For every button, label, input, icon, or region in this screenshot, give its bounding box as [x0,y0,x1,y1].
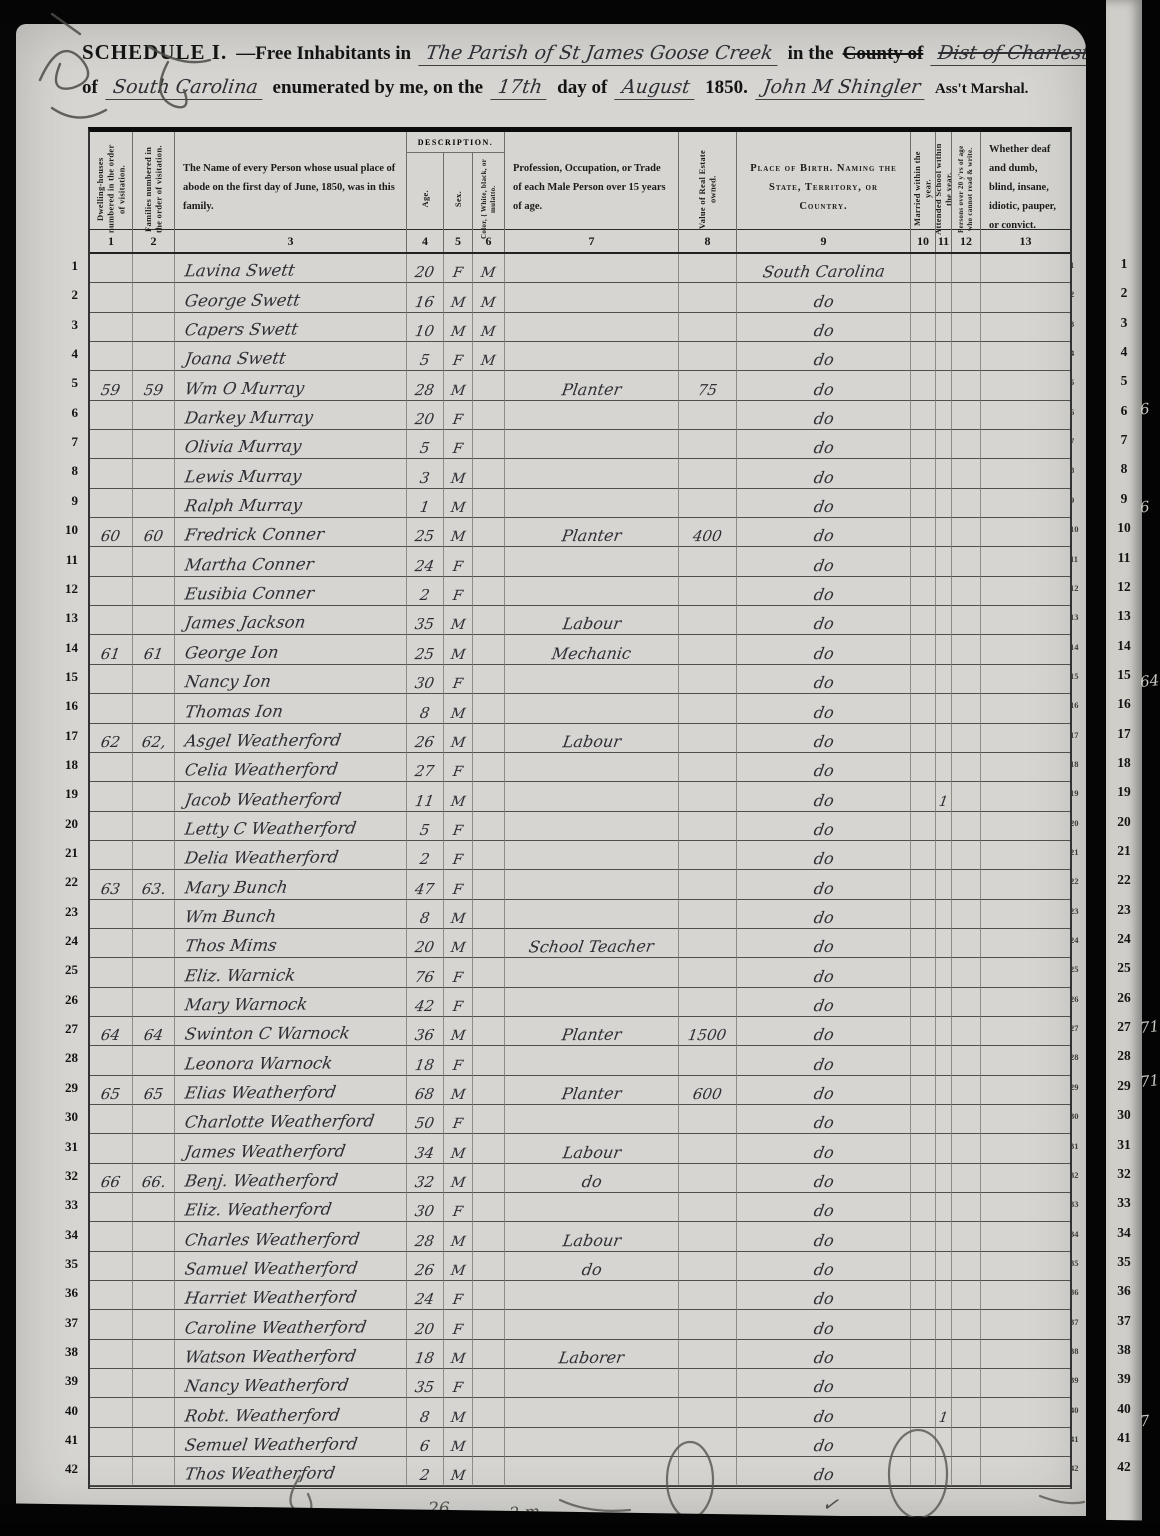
row-14-sex-value: M [450,647,467,663]
row-21-color-cell [473,841,505,870]
row-19-sex-value: M [450,793,467,809]
row-37-birthplace-cell: do [737,1310,911,1339]
sliver-row-number-36: 36 [1106,1283,1142,1299]
row-11-sex-value: F [452,559,464,575]
row-21-age-cell: 2 [407,841,444,870]
row-36-occupation-cell [505,1281,679,1310]
row-18-sex-value: F [452,764,464,780]
row-37-name-value: Caroline Weatherford [183,1317,367,1338]
row-33-read-cell [952,1193,981,1222]
row-21-name-cell: Delia Weatherford [175,841,407,870]
row-10-dwelling-cell: 60 [90,518,133,547]
row-9-color-cell [473,489,505,518]
row-34-age-cell: 28 [407,1222,444,1251]
row-8-age-value: 3 [419,469,431,487]
row-35-color-cell [473,1252,505,1281]
row-35-value-cell [679,1252,737,1281]
row-8-value-cell [679,459,737,488]
marshal-title-label: Ass't Marshal. [935,81,1028,98]
row-10-remarks-cell [981,518,1070,547]
row-11-remarks-cell [981,547,1070,576]
left-row-number-21: 21 [48,845,78,861]
row-16-value-cell [679,694,737,723]
row-27-name-value: Swinton C Warnock [183,1024,351,1045]
small-row-number-37: 37 [1070,1317,1086,1327]
row-7-married-cell [911,430,936,459]
row-39-dwelling-cell [90,1369,133,1398]
row-29-read-cell [952,1076,981,1105]
row-27-school-cell [936,1017,952,1046]
sliver-row-number-20: 20 [1106,814,1142,830]
column-header-3: The Name of every Person whose usual pla… [175,132,407,245]
row-37-sex-cell: F [444,1310,473,1339]
row-8-birthplace-cell: do [737,459,911,488]
row-7-birthplace-cell: do [737,430,911,459]
row-38-sex-value: M [450,1351,467,1367]
row-6-school-cell [936,401,952,430]
row-3-married-cell [911,313,936,342]
row-5-family-value: 59 [143,381,165,399]
row-15-name-value: Nancy Ion [183,672,272,693]
small-row-number-36: 36 [1070,1287,1086,1297]
row-39-name-value: Nancy Weatherford [183,1376,350,1397]
row-34-birthplace-value: do [812,1231,835,1250]
row-1-birthplace-value: South Carolina [761,262,886,282]
row-13-birthplace-value: do [812,614,835,633]
row-30-occupation-cell [505,1105,679,1134]
row-22-value-cell [679,870,737,899]
row-12-family-cell [133,577,175,606]
row-18-dwelling-cell [90,753,133,782]
row-30-birthplace-cell: do [737,1105,911,1134]
row-31-read-cell [952,1134,981,1163]
row-4-occupation-cell [505,342,679,371]
row-28-value-cell [679,1046,737,1075]
row-38-name-cell: Watson Weatherford [175,1340,407,1369]
row-3-occupation-cell [505,313,679,342]
row-11-age-value: 24 [414,557,436,575]
row-39-birthplace-cell: do [737,1369,911,1398]
row-9-name-value: Ralph Murray [183,496,303,517]
row-19-age-cell: 11 [407,782,444,811]
row-39-sex-cell: F [444,1369,473,1398]
row-30-dwelling-cell [90,1105,133,1134]
row-19-value-cell [679,782,737,811]
row-14-value-cell [679,635,737,664]
row-6-remarks-cell [981,401,1070,430]
row-29-name-cell: Elias Weatherford [175,1076,407,1105]
row-10-family-cell: 60 [133,518,175,547]
row-30-school-cell [936,1105,952,1134]
row-24-sex-cell: M [444,929,473,958]
row-39-occupation-cell [505,1369,679,1398]
row-21-dwelling-cell [90,841,133,870]
sliver-row-number-23: 23 [1106,902,1142,918]
row-32-family-cell: 66. [133,1164,175,1193]
row-37-read-cell [952,1310,981,1339]
sliver-row-number-34: 34 [1106,1225,1142,1241]
row-41-age-cell: 6 [407,1428,444,1457]
row-7-sex-value: F [452,441,464,457]
row-14-school-cell [936,635,952,664]
small-row-number-28: 28 [1070,1052,1086,1062]
row-7-school-cell [936,430,952,459]
row-10-sex-cell: M [444,518,473,547]
left-row-number-35: 35 [48,1256,78,1272]
row-24-age-cell: 20 [407,929,444,958]
left-row-number-1: 1 [48,258,78,274]
row-10-name-value: Fredrick Conner [183,525,325,546]
small-row-number-27: 27 [1070,1023,1086,1033]
row-5-sex-value: M [450,383,467,399]
row-4-dwelling-cell [90,342,133,371]
row-11-read-cell [952,547,981,576]
row-24-remarks-cell [981,929,1070,958]
scan-border-bottom [0,1524,1160,1536]
left-row-number-8: 8 [48,463,78,479]
small-row-number-3: 3 [1070,319,1086,329]
row-25-occupation-cell [505,958,679,987]
left-row-number-28: 28 [48,1050,78,1066]
row-1-age-value: 20 [414,263,436,281]
row-24-occupation-cell: School Teacher [505,929,679,958]
row-6-sex-value: F [452,412,464,428]
row-26-read-cell [952,988,981,1017]
row-22-remarks-cell [981,870,1070,899]
row-40-sex-cell: M [444,1398,473,1427]
row-26-value-cell [679,988,737,1017]
row-20-sex-value: F [452,823,464,839]
row-18-age-value: 27 [414,762,436,780]
row-14-read-cell [952,635,981,664]
row-40-age-cell: 8 [407,1398,444,1427]
row-21-age-value: 2 [419,850,431,868]
row-20-birthplace-value: do [812,820,835,839]
row-5-birthplace-value: do [812,380,835,399]
row-7-age-value: 5 [419,439,431,457]
row-7-sex-cell: F [444,430,473,459]
row-42-read-cell [952,1457,981,1486]
row-15-occupation-cell [505,665,679,694]
row-5-married-cell [911,371,936,400]
row-33-color-cell [473,1193,505,1222]
small-row-number-7: 7 [1070,436,1086,446]
row-39-school-cell [936,1369,952,1398]
left-row-number-33: 33 [48,1197,78,1213]
row-40-school-value: 1 [938,1410,949,1426]
of-label: of [82,77,98,99]
row-19-family-cell [133,782,175,811]
row-34-name-value: Charles Weatherford [183,1229,361,1250]
row-3-value-cell [679,313,737,342]
row-14-family-cell: 61 [133,635,175,664]
row-12-age-cell: 2 [407,577,444,606]
row-2-value-cell [679,283,737,312]
row-39-name-cell: Nancy Weatherford [175,1369,407,1398]
left-row-number-22: 22 [48,874,78,890]
row-38-occupation-value: Laborer [558,1348,626,1367]
row-8-color-cell [473,459,505,488]
row-29-value-cell: 600 [679,1076,737,1105]
row-35-name-value: Samuel Weatherford [183,1258,359,1279]
row-24-family-cell [133,929,175,958]
row-22-married-cell [911,870,936,899]
row-41-school-cell [936,1428,952,1457]
column-header-label-10: Married within the year. [912,143,933,235]
row-41-name-value: Semuel Weatherford [183,1434,358,1455]
row-10-sex-value: M [450,529,467,545]
row-4-color-value: M [480,353,497,369]
row-40-name-cell: Robt. Weatherford [175,1398,407,1427]
small-row-number-4: 4 [1070,348,1086,358]
row-32-name-value: Benj. Weatherford [183,1170,339,1191]
row-38-name-value: Watson Weatherford [183,1346,357,1367]
left-row-number-25: 25 [48,962,78,978]
row-35-age-cell: 26 [407,1252,444,1281]
row-16-birthplace-cell: do [737,694,911,723]
next-page-sliver: 1234567891011121314151617181920212223242… [1106,0,1142,1536]
edge-mark-4: 71 [1139,1017,1160,1037]
row-24-sex-value: M [450,940,467,956]
small-row-number-33: 33 [1070,1199,1086,1209]
row-36-school-cell [936,1281,952,1310]
row-23-birthplace-cell: do [737,900,911,929]
table-body: Lavina Swett20FMSouth CarolinaGeorge Swe… [90,254,1070,1489]
sliver-row-number-3: 3 [1106,315,1142,331]
small-row-number-25: 25 [1070,964,1086,974]
row-8-family-cell [133,459,175,488]
row-28-sex-value: F [452,1058,464,1074]
row-42-name-cell: Thos Weatherford [175,1457,407,1486]
small-row-number-19: 19 [1070,788,1086,798]
row-14-married-cell [911,635,936,664]
row-38-age-value: 18 [414,1349,436,1367]
row-40-name-value: Robt. Weatherford [183,1405,341,1426]
row-27-value-value: 1500 [687,1026,728,1044]
row-13-sex-cell: M [444,606,473,635]
row-28-birthplace-value: do [812,1055,835,1074]
row-2-read-cell [952,283,981,312]
schedule-label: SCHEDULE I. [82,40,227,65]
row-17-name-value: Asgel Weatherford [183,730,342,751]
row-5-read-cell [952,371,981,400]
row-38-read-cell [952,1340,981,1369]
row-20-name-value: Letty C Weatherford [183,818,357,839]
row-10-age-cell: 25 [407,518,444,547]
row-15-name-cell: Nancy Ion [175,665,407,694]
sliver-row-number-1: 1 [1106,256,1142,272]
row-28-birthplace-cell: do [737,1046,911,1075]
left-row-number-37: 37 [48,1315,78,1331]
column-header-label-5: Sex. [453,191,464,207]
month-handwritten: August [615,76,698,100]
left-row-number-42: 42 [48,1461,78,1477]
row-28-age-value: 18 [414,1056,436,1074]
row-22-age-cell: 47 [407,870,444,899]
row-18-birthplace-cell: do [737,753,911,782]
edge-mark-1: 6 [1139,400,1150,419]
row-19-read-cell [952,782,981,811]
row-41-birthplace-cell: do [737,1428,911,1457]
row-36-age-cell: 24 [407,1281,444,1310]
row-11-birthplace-value: do [812,556,835,575]
row-5-occupation-cell: Planter [505,371,679,400]
small-row-number-15: 15 [1070,671,1086,681]
row-31-sex-value: M [450,1146,467,1162]
row-16-name-cell: Thomas Ion [175,694,407,723]
row-23-family-cell [133,900,175,929]
row-33-married-cell [911,1193,936,1222]
row-42-occupation-cell [505,1457,679,1486]
row-11-age-cell: 24 [407,547,444,576]
row-16-age-value: 8 [419,703,431,721]
row-20-birthplace-cell: do [737,812,911,841]
row-21-remarks-cell [981,841,1070,870]
row-17-birthplace-value: do [812,732,835,751]
row-13-married-cell [911,606,936,635]
row-29-color-cell [473,1076,505,1105]
row-35-age-value: 26 [414,1261,436,1279]
row-39-married-cell [911,1369,936,1398]
left-row-number-16: 16 [48,698,78,714]
row-25-color-cell [473,958,505,987]
row-19-name-value: Jacob Weatherford [183,789,342,810]
small-row-number-35: 35 [1070,1258,1086,1268]
small-row-number-42: 42 [1070,1463,1086,1473]
row-14-color-cell [473,635,505,664]
row-35-sex-value: M [450,1263,467,1279]
sliver-row-number-11: 11 [1106,550,1142,566]
row-2-remarks-cell [981,283,1070,312]
row-30-remarks-cell [981,1105,1070,1134]
row-27-remarks-cell [981,1017,1070,1046]
row-9-remarks-cell [981,489,1070,518]
left-row-number-15: 15 [48,669,78,685]
row-2-age-value: 16 [414,293,436,311]
sliver-row-number-18: 18 [1106,755,1142,771]
row-39-color-cell [473,1369,505,1398]
row-31-occupation-cell: Labour [505,1134,679,1163]
row-29-dwelling-value: 65 [100,1085,122,1103]
row-6-dwelling-cell [90,401,133,430]
row-35-dwelling-cell [90,1252,133,1281]
row-32-married-cell [911,1164,936,1193]
row-41-name-cell: Semuel Weatherford [175,1428,407,1457]
row-42-birthplace-cell: do [737,1457,911,1486]
row-30-married-cell [911,1105,936,1134]
row-8-remarks-cell [981,459,1070,488]
row-27-color-cell [473,1017,505,1046]
left-row-number-39: 39 [48,1373,78,1389]
row-38-school-cell [936,1340,952,1369]
row-41-sex-cell: M [444,1428,473,1457]
row-28-remarks-cell [981,1046,1070,1075]
row-37-name-cell: Caroline Weatherford [175,1310,407,1339]
row-30-family-cell [133,1105,175,1134]
row-26-birthplace-cell: do [737,988,911,1017]
row-35-school-cell [936,1252,952,1281]
row-32-occupation-value: do [580,1172,603,1191]
row-34-name-cell: Charles Weatherford [175,1222,407,1251]
row-35-occupation-cell: do [505,1252,679,1281]
row-38-sex-cell: M [444,1340,473,1369]
row-3-name-value: Capers Swett [183,320,299,341]
row-36-value-cell [679,1281,737,1310]
row-25-dwelling-cell [90,958,133,987]
row-25-sex-cell: F [444,958,473,987]
sliver-row-number-17: 17 [1106,726,1142,742]
row-32-read-cell [952,1164,981,1193]
row-10-dwelling-value: 60 [100,527,122,545]
row-29-birthplace-cell: do [737,1076,911,1105]
row-14-name-value: George Ion [183,642,280,663]
row-7-age-cell: 5 [407,430,444,459]
row-12-married-cell [911,577,936,606]
row-28-age-cell: 18 [407,1046,444,1075]
column-number-3: 3 [175,230,407,252]
sliver-row-number-10: 10 [1106,520,1142,536]
small-row-number-14: 14 [1070,642,1086,652]
row-23-read-cell [952,900,981,929]
row-35-sex-cell: M [444,1252,473,1281]
row-21-value-cell [679,841,737,870]
row-25-birthplace-cell: do [737,958,911,987]
row-22-school-cell [936,870,952,899]
row-17-occupation-cell: Labour [505,724,679,753]
left-row-number-17: 17 [48,728,78,744]
row-15-age-value: 30 [414,674,436,692]
pencil-checkmark: ✓ [820,1491,840,1517]
row-24-school-cell [936,929,952,958]
row-15-married-cell [911,665,936,694]
row-20-name-cell: Letty C Weatherford [175,812,407,841]
row-30-name-value: Charlotte Weatherford [183,1112,375,1133]
small-row-number-8: 8 [1070,465,1086,475]
row-3-birthplace-value: do [812,321,835,340]
row-31-sex-cell: M [444,1134,473,1163]
row-24-color-cell [473,929,505,958]
row-13-age-cell: 35 [407,606,444,635]
free-inhabitants-label: —Free Inhabitants in [236,43,411,65]
row-12-sex-cell: F [444,577,473,606]
row-22-color-cell [473,870,505,899]
row-28-name-value: Leonora Warnock [183,1053,333,1074]
left-row-number-13: 13 [48,610,78,626]
row-5-value-cell: 75 [679,371,737,400]
row-17-remarks-cell [981,724,1070,753]
row-5-birthplace-cell: do [737,371,911,400]
left-row-number-41: 41 [48,1432,78,1448]
row-15-birthplace-value: do [812,673,835,692]
sliver-row-number-2: 2 [1106,285,1142,301]
row-32-age-value: 32 [414,1173,436,1191]
row-32-remarks-cell [981,1164,1070,1193]
row-19-school-value: 1 [938,794,949,810]
left-row-number-20: 20 [48,816,78,832]
row-31-school-cell [936,1134,952,1163]
row-31-married-cell [911,1134,936,1163]
row-22-name-cell: Mary Bunch [175,870,407,899]
row-28-school-cell [936,1046,952,1075]
row-23-value-cell [679,900,737,929]
row-16-read-cell [952,694,981,723]
row-28-sex-cell: F [444,1046,473,1075]
row-29-dwelling-cell: 65 [90,1076,133,1105]
row-8-school-cell [936,459,952,488]
row-35-read-cell [952,1252,981,1281]
row-21-sex-cell: F [444,841,473,870]
row-2-age-cell: 16 [407,283,444,312]
